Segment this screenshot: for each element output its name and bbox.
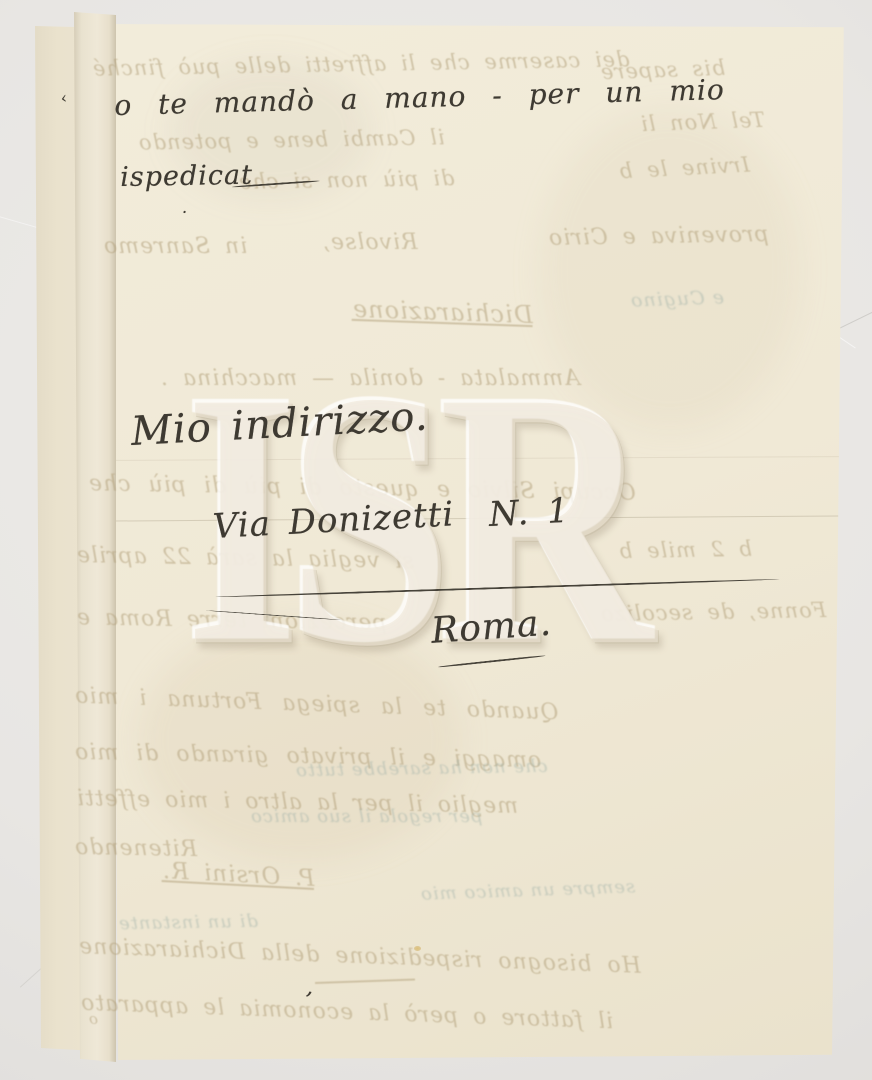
letter-page xyxy=(110,20,846,1060)
paper-crease xyxy=(114,456,840,461)
paper-speck xyxy=(414,946,421,951)
scanned-letter-view: { "watermark": { "text": "ISR" }, "color… xyxy=(0,0,872,1080)
paper-stain xyxy=(540,110,800,430)
paper-crease xyxy=(114,515,840,521)
paper-stain xyxy=(170,60,370,200)
paper-stain xyxy=(140,620,460,860)
fold-strip xyxy=(74,12,116,1062)
